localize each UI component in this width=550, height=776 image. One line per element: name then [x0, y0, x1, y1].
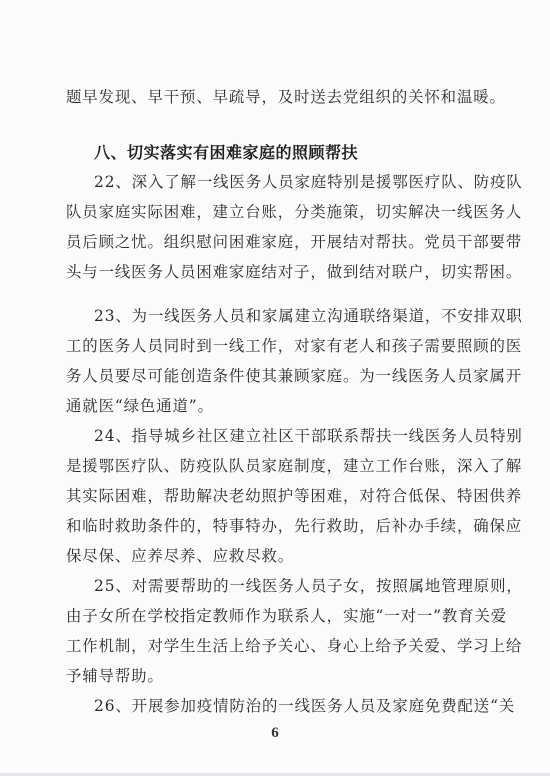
paragraph-line: 工作机制，对学生生活上给予关心、身心上给予关爱、学习上给 — [66, 636, 466, 656]
document-page: 题早发现、早干预、早疏导，及时送去党组织的关怀和温暖。 八、切实落实有困难家庭的… — [0, 0, 550, 776]
paragraph-line: 25、对需要帮助的一线医务人员子女，按照属地管理原则， — [94, 576, 494, 596]
paragraph-line: 23、为一线医务人员和家属建立沟通联络渠道，不安排双职 — [94, 306, 494, 326]
paragraph-line: 务人员要尽可能创造条件使其兼顾家庭。为一线医务人员家属开 — [66, 366, 466, 386]
section-heading: 八、切实落实有困难家庭的照顾帮扶 — [94, 143, 358, 163]
paragraph-line: 26、开展参加疫情防治的一线医务人员及家庭免费配送“关 — [94, 696, 494, 716]
paragraph-line: 员后顾之忧。组织慰问困难家庭，开展结对帮扶。党员干部要带 — [66, 232, 466, 252]
paragraph-line: 保尽保、应养尽养、应救尽救。 — [66, 546, 466, 566]
paragraph-line: 工的医务人员同时到一线工作，对家有老人和孩子需要照顾的医 — [66, 336, 466, 356]
carryover-line: 题早发现、早干预、早疏导，及时送去党组织的关怀和温暖。 — [66, 87, 466, 107]
paragraph-line: 由子女所在学校指定教师作为联系人，实施“一对一”教育关爱 — [66, 606, 466, 626]
paragraph-line: 和临时救助条件的，特事特办，先行救助，后补办手续，确保应 — [66, 516, 466, 536]
page-number: 6 — [0, 725, 550, 742]
paragraph-line: 24、指导城乡社区建立社区干部联系帮扶一线医务人员特别 — [94, 426, 494, 446]
paragraph-line: 是援鄂医疗队、防疫队队员家庭制度，建立工作台账，深入了解 — [66, 456, 466, 476]
paragraph-line: 22、深入了解一线医务人员家庭特别是援鄂医疗队、防疫队 — [94, 172, 494, 192]
paragraph-line: 通就医“绿色通道”。 — [66, 396, 466, 416]
paragraph-line: 予辅导帮助。 — [66, 666, 466, 686]
paragraph-line: 其实际困难，帮助解决老幼照护等困难，对符合低保、特困供养 — [66, 486, 466, 506]
paragraph-line: 头与一线医务人员困难家庭结对子，做到结对联户，切实帮困。 — [66, 262, 466, 282]
paragraph-line: 队员家庭实际困难，建立台账，分类施策，切实解决一线医务人 — [66, 202, 466, 222]
